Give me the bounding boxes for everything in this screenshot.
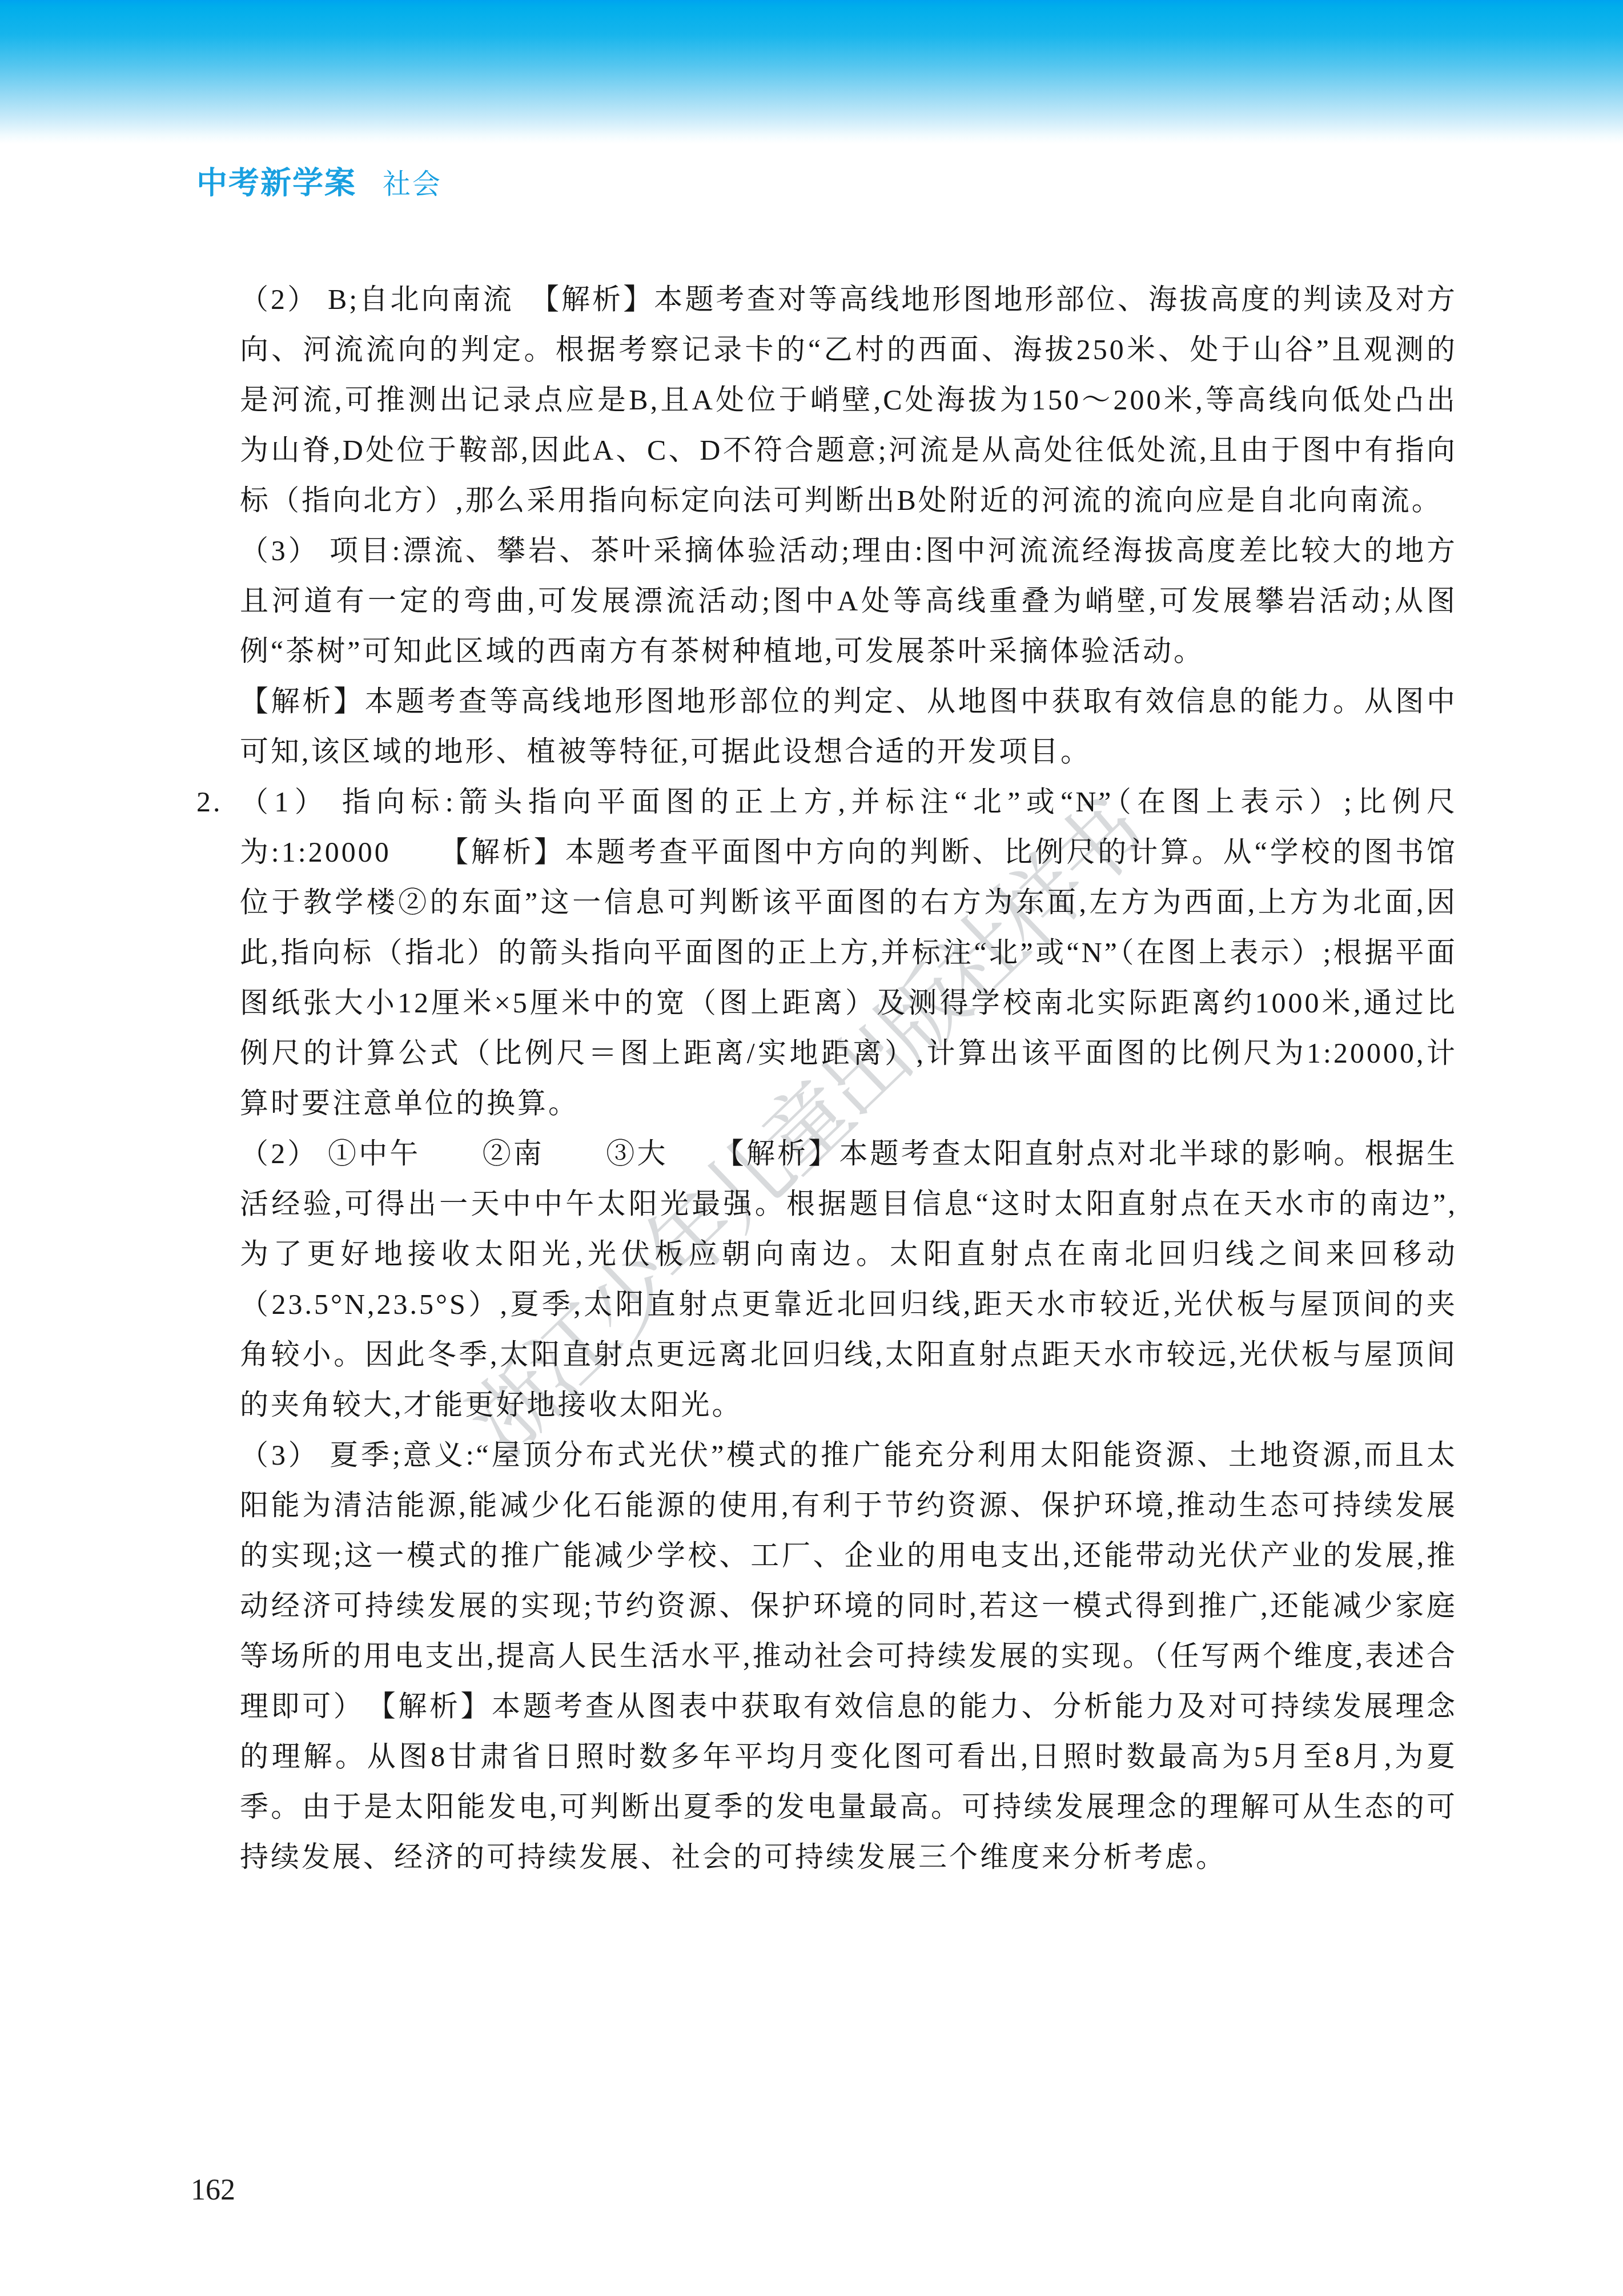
subject-label: 社会 [383, 169, 442, 200]
analysis-paragraph-1: 【解析】本题考查等高线地形图地形部位的判定、从地图中获取有效信息的能力。从图中可… [240, 676, 1457, 777]
answer-paragraph-1-2: （2） B;自北向南流 【解析】本题考查对等高线地形图地形部位、海拔高度的判读及… [240, 274, 1457, 525]
answer-paragraph-1-3: （3） 项目:漂流、攀岩、茶叶采摘体验活动;理由:图中河流流经海拔高度差比较大的… [240, 525, 1457, 676]
item-number-label: 2. [196, 777, 223, 827]
page-number: 162 [191, 2173, 235, 2207]
answer-paragraph-2-3: （3） 夏季;意义:“屋顶分布式光伏”模式的推广能充分利用太阳能资源、土地资源,… [240, 1430, 1457, 1882]
series-title: 中考新学案 [196, 166, 356, 200]
answer-item-2: 2.（1） 指向标:箭头指向平面图的正上方,并标注“北”或“N”（在图上表示）;… [240, 777, 1457, 1128]
answer-text-block: （2） B;自北向南流 【解析】本题考查对等高线地形图地形部位、海拔高度的判读及… [240, 274, 1457, 1882]
page-header: 中考新学案社会 [196, 159, 442, 203]
header-gradient-band [0, 0, 1623, 144]
book-page: 中考新学案社会 浙江少年儿童出版社样书 （2） B;自北向南流 【解析】本题考查… [0, 0, 1623, 2296]
answer-paragraph-2-2: （2） ①中午 ②南 ③大 【解析】本题考查太阳直射点对北半球的影响。根据生活经… [240, 1128, 1457, 1430]
answer-paragraph-2-1: （1） 指向标:箭头指向平面图的正上方,并标注“北”或“N”（在图上表示）;比例… [240, 786, 1457, 1119]
